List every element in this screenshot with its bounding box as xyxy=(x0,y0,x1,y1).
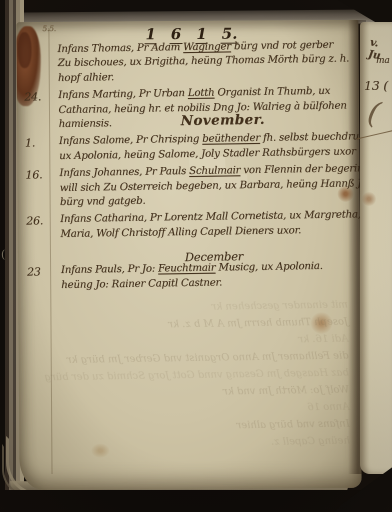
entry-day-number xyxy=(23,43,58,87)
left-edge-ink-mark: ( xyxy=(1,248,5,261)
entry-day-number: 1. xyxy=(25,135,59,164)
bleedthrough-line: heüng Capell z. xyxy=(160,433,350,453)
month-header: November. xyxy=(181,113,265,129)
bottom-shadow-band xyxy=(0,490,392,512)
corner-note: 5.5. xyxy=(42,24,56,33)
entry-text: Infans Pauls, Pr Jo: Feuchtmair Musicg, … xyxy=(61,260,357,293)
register-entry: 26.Infans Catharina, Pr Lorentz Mall Cor… xyxy=(26,209,356,243)
entry-day-number: 24. xyxy=(24,89,59,133)
entry-text: Infans Salome, Pr Chrisping beüthender f… xyxy=(59,131,355,164)
entry-day-number: 16. xyxy=(25,167,60,211)
entry-day-number: 23 xyxy=(27,264,61,293)
entry-text: Infans Marting, Pr Urban Lotth Organist … xyxy=(58,85,355,133)
entry-day-number: 26. xyxy=(26,214,60,243)
register-entry: 24.Infans Marting, Pr Urban Lotth Organi… xyxy=(24,85,355,133)
adjacent-page-fragment: ma xyxy=(376,56,390,66)
entry-text: Infans Thomas, Pr Adam Waginger bürg vnd… xyxy=(57,38,354,86)
rust-spot xyxy=(362,192,376,206)
adjacent-page: v. Ju ma 13 ( ( xyxy=(360,22,392,474)
register-entry: 1.Infans Salome, Pr Chrisping beüthender… xyxy=(25,131,355,165)
adjacent-page-fragment: 13 ( xyxy=(364,78,388,93)
register-entries: Infans Thomas, Pr Adam Waginger bürg vnd… xyxy=(23,38,357,296)
entry-text: Infans Catharina, Pr Lorentz Mall Cornet… xyxy=(60,209,356,242)
entry-text: Infans Johannes, Pr Pauls Schulmair von … xyxy=(59,163,356,211)
register-entry: 16.Infans Johannes, Pr Pauls Schulmair v… xyxy=(25,163,356,211)
manuscript-photo: ( 5.5. 1615. Infans Thomas, Pr Adam Wagi… xyxy=(0,0,392,512)
register-entry: 23Infans Pauls, Pr Jo: Feuchtmair Musicg… xyxy=(27,260,357,294)
paren-flourish: ( xyxy=(364,95,383,132)
bleedthrough-text: mit einander geschehen krJoseph Thumb he… xyxy=(48,297,350,455)
register-entry: Infans Thomas, Pr Adam Waginger bürg vnd… xyxy=(23,38,354,86)
manuscript-page: 5.5. 1615. Infans Thomas, Pr Adam Waging… xyxy=(16,20,361,490)
